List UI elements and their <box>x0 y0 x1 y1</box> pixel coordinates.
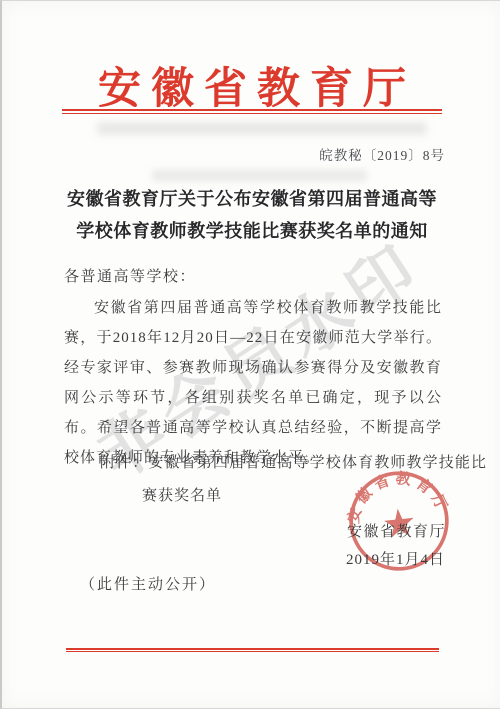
attachment-label: 附件： <box>100 455 148 471</box>
letterhead-rule <box>62 109 442 114</box>
doc-number: 皖教秘〔2019〕8号 <box>319 144 445 164</box>
salutation: 各普通高等学校： <box>64 265 196 286</box>
attachment-note: 附件：安徽省第四届普通高等学校体育教师教学技能比赛获奖名单 <box>100 447 487 513</box>
document-title-line-1: 安徽省教育厅关于公布安徽省第四届普通高等 <box>2 183 500 215</box>
ink-bleed-smudge <box>152 170 367 181</box>
document-title-line-2: 学校体育教师教学技能比赛获奖名单的通知 <box>2 215 500 247</box>
letterhead-org-name: 安徽省教育厅 <box>2 55 500 116</box>
signature-date: 2019年1月4日 <box>346 548 445 569</box>
ink-bleed-smudge <box>97 122 427 135</box>
body-paragraph: 安徽省第四届普通高等学校体育教师教学技能比赛，于2018年12月20日—22日在… <box>64 293 442 473</box>
public-disclosure-note: （此件主动公开） <box>80 573 216 594</box>
signature-org: 安徽省教育厅 <box>347 520 446 541</box>
attachment-text: 安徽省第四届普通高等学校体育教师教学技能比赛获奖名单 <box>142 455 487 504</box>
document-title: 安徽省教育厅关于公布安徽省第四届普通高等 学校体育教师教学技能比赛获奖名单的通知 <box>2 183 500 247</box>
footer-rule <box>66 648 439 652</box>
official-document-page: 非会员水印 安徽省教育厅 皖教秘〔2019〕8号 安徽省教育厅关于公布安徽省第四… <box>0 0 500 709</box>
